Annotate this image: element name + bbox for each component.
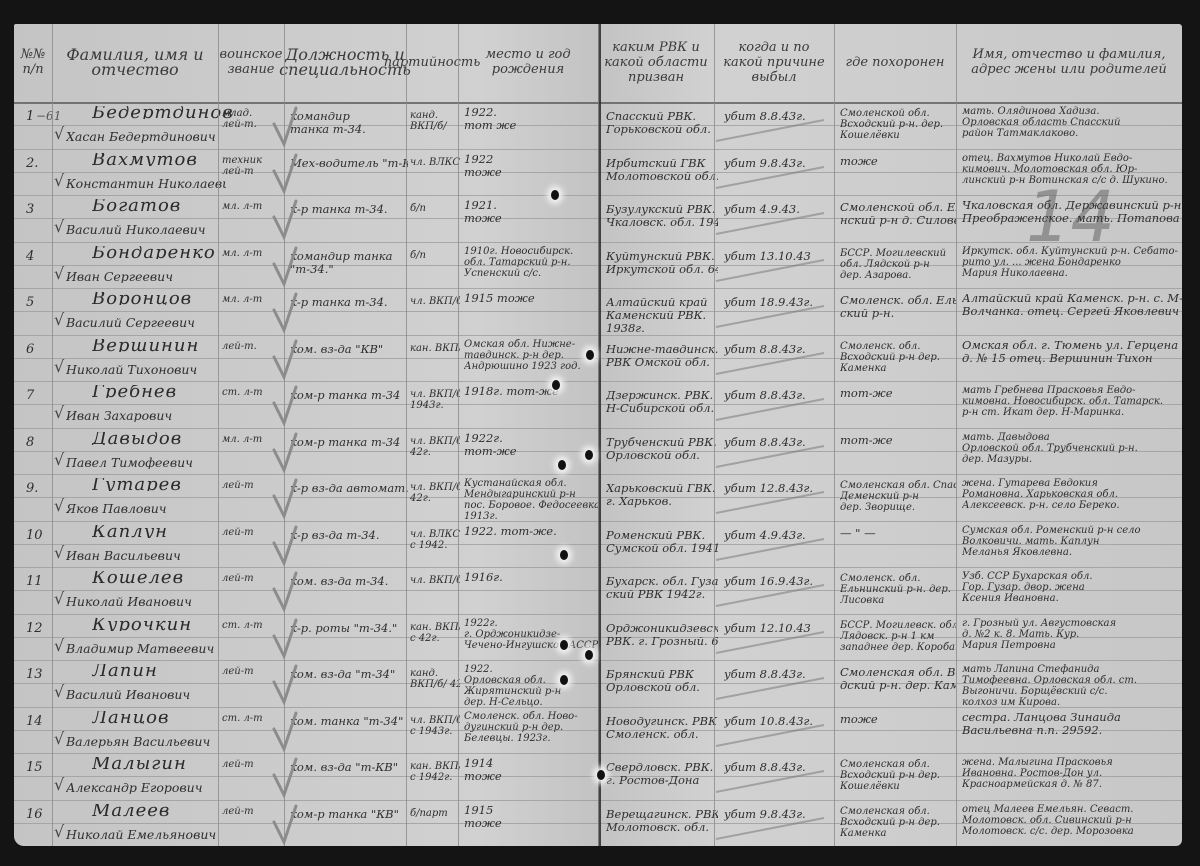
relatives-address-line: Васильевна п.п. 29592. bbox=[962, 724, 1182, 737]
birthplace-year: Кустанайская обл.Мендыгаринский р-нпос. … bbox=[464, 478, 598, 522]
relatives-address-line: Тимофеевна. Орловская обл. ст. bbox=[962, 675, 1182, 686]
relatives-address-line: мать Гребнева Прасковья Евдо- bbox=[962, 385, 1182, 396]
given-names: Николай Тихонович bbox=[66, 363, 226, 376]
column-rule bbox=[714, 24, 715, 846]
relatives-address-line: Молотовск. с/с. дер. Морозовка bbox=[962, 826, 1182, 837]
relatives-address-line: Сумская обл. Роменский р-н село bbox=[962, 525, 1182, 536]
draft-office: Новодугинск. РВКСмоленск. обл. bbox=[606, 715, 718, 741]
relatives-address: мать Лапина СтефанидаТимофеевна. Орловск… bbox=[962, 664, 1182, 708]
row-number: 12 bbox=[26, 622, 50, 635]
birthplace-year-line: Кустанайская обл. bbox=[464, 478, 598, 489]
burial-place-line: Всходский р-н дер. bbox=[840, 352, 956, 363]
draft-office-line: ский РВК 1942г. bbox=[606, 588, 718, 601]
verified-check-icon bbox=[272, 618, 298, 660]
position: командир танка"т-34." bbox=[290, 250, 408, 276]
row-number: 4 bbox=[26, 250, 50, 263]
draft-office-line: Молотовск. обл. bbox=[606, 821, 718, 834]
position: к-р танка т-34. bbox=[290, 203, 408, 216]
position: ком. вз-да "т-34" bbox=[290, 668, 408, 681]
party-membership-line: чл. ВЛКСМ bbox=[410, 157, 460, 168]
column-rule bbox=[834, 24, 835, 846]
position-line: к-р. роты "т-34." bbox=[290, 622, 408, 635]
burial-place: тоже bbox=[840, 155, 956, 168]
relatives-address: г. Грозный ул. Августовскаяд. №2 к. 8. М… bbox=[962, 618, 1182, 651]
draft-office: Алтайский крайКаменский РВК.1938г. bbox=[606, 296, 718, 335]
relatives-address: мать Гребнева Прасковья Евдо-кимовна. Но… bbox=[962, 385, 1182, 418]
burial-place: тот-же bbox=[840, 387, 956, 400]
relatives-address-line: р-н ст. Икат дер. Н-Маринка. bbox=[962, 407, 1182, 418]
check-mark-icon: √ bbox=[54, 636, 64, 655]
position-line: танка т-34. bbox=[290, 123, 408, 136]
relatives-address: мать. ДавыдоваОрловской обл. Трубченский… bbox=[962, 432, 1182, 465]
burial-place: — " — bbox=[840, 527, 956, 540]
birthplace-year: Смоленск. обл. Ново-дугинский р-н дер.Бе… bbox=[464, 711, 598, 744]
birthplace-year: 1916г. bbox=[464, 571, 598, 584]
burial-place-line: обл. Лядской р-н bbox=[840, 259, 956, 270]
party-membership-line: б/п bbox=[410, 250, 460, 261]
burial-place-line: Каменка bbox=[840, 363, 956, 374]
row-number: 16 bbox=[26, 808, 50, 821]
burial-place-line: тоже bbox=[840, 155, 956, 168]
burial-place: Смоленская обл.Всходский р-н дер.Каменка bbox=[840, 806, 956, 839]
birthplace-year-line: обл. Татарский р-н. bbox=[464, 257, 598, 268]
party-membership: чл. ВЛКСМ bbox=[410, 157, 460, 168]
burial-place-line: западнее дер. Коробаны bbox=[840, 642, 956, 653]
burial-place-line: Смоленская обл. bbox=[840, 806, 956, 817]
draft-office-line: Орджоникидзевск. bbox=[606, 622, 718, 635]
punch-hole bbox=[560, 550, 568, 560]
burial-place-line: — " — bbox=[840, 527, 956, 540]
row-number: 3 bbox=[26, 203, 50, 216]
draft-office-line: г. Харьков. bbox=[606, 495, 718, 508]
check-mark-icon: √ bbox=[54, 403, 64, 422]
birthplace-year-line: 1915 тоже bbox=[464, 292, 598, 305]
check-mark-icon: √ bbox=[54, 450, 64, 469]
birthplace-year: 1914тоже bbox=[464, 757, 598, 783]
draft-office: Бузулукский РВК.Чкаловск. обл. 1941г. bbox=[606, 203, 718, 229]
burial-place-line: ский р-н. bbox=[840, 307, 956, 320]
relatives-address: Чкаловская обл. Державинский р-нПреображ… bbox=[962, 199, 1182, 225]
column-header: каким РВК и какой области призван bbox=[598, 24, 714, 100]
party-membership: чл. ВКП/б/с 1943г. bbox=[410, 715, 460, 737]
burial-place: Смоленская обл. Спас-Деменский р-ндер. З… bbox=[840, 480, 956, 513]
relatives-address-line: Молотовск. обл. Сивинский р-н bbox=[962, 815, 1182, 826]
relatives-address-line: сестра. Ланцова Зинаида bbox=[962, 711, 1182, 724]
party-membership-line: ВКП/б/ bbox=[410, 121, 460, 132]
draft-office: Харьковский ГВК.г. Харьков. bbox=[606, 482, 718, 508]
given-names: Василий Сергеевич bbox=[66, 316, 226, 329]
punch-hole bbox=[551, 190, 559, 200]
row-number: 1 bbox=[26, 110, 50, 123]
position-line: ком. вз-да т-34. bbox=[290, 575, 408, 588]
verified-check-icon bbox=[272, 432, 298, 474]
burial-place-line: Деменский р-н bbox=[840, 491, 956, 502]
relatives-address: Сумская обл. Роменский р-н селоВолковичи… bbox=[962, 525, 1182, 558]
burial-place-line: тот-же bbox=[840, 387, 956, 400]
birthplace-year-line: тоже bbox=[464, 166, 598, 179]
relatives-address-line: мать Лапина Стефанида bbox=[962, 664, 1182, 675]
party-membership-line: канд. bbox=[410, 110, 460, 121]
position-line: ком. вз-да "т-КВ" bbox=[290, 761, 408, 774]
punch-hole bbox=[585, 450, 593, 460]
draft-office-line: Молотовской обл. bbox=[606, 170, 718, 183]
birthplace-year: 1918г. тот-же bbox=[464, 385, 598, 398]
birthplace-year-line: дугинский р-н дер. bbox=[464, 722, 598, 733]
burial-place: Смоленск. обл.Ельнинский р-н. дер.Лисовк… bbox=[840, 573, 956, 606]
draft-office-line: Иркутской обл. 64г. bbox=[606, 263, 718, 276]
given-names: Владимир Матвеевич bbox=[66, 642, 226, 655]
position-line: ком. вз-да "КВ" bbox=[290, 343, 408, 356]
row-number: 10 bbox=[26, 529, 50, 542]
relatives-address-line: Ксения Ивановна. bbox=[962, 593, 1182, 604]
birthplace-year-line: 1922 bbox=[464, 153, 598, 166]
position-line: к-р танка т-34. bbox=[290, 203, 408, 216]
birthplace-year-line: 1913г. bbox=[464, 511, 598, 522]
draft-office: Роменский РВК.Сумской обл. 1941г. bbox=[606, 529, 718, 555]
relatives-address-line: Волчанка. отец. Сергей Яковлевич bbox=[962, 305, 1182, 318]
birthplace-year-line: Чечено-Ингушской АССР bbox=[464, 640, 598, 651]
birthplace-year: 1915 тоже bbox=[464, 292, 598, 305]
burial-place-line: Всходский р-н. дер. bbox=[840, 119, 956, 130]
draft-office-line: Смоленск. обл. bbox=[606, 728, 718, 741]
burial-place-line: Смоленская обл. Спас- bbox=[840, 480, 956, 491]
burial-place: Смоленск. обл.Всходский р-н дер.Каменка bbox=[840, 341, 956, 374]
burial-place: БССР. Могилевскийобл. Лядской р-ндер. Аз… bbox=[840, 248, 956, 281]
punch-hole bbox=[552, 380, 560, 390]
party-membership: кан. ВКП/б/с 1942г. bbox=[410, 761, 460, 783]
birthplace-year: 1922тоже bbox=[464, 153, 598, 179]
party-membership: б/п bbox=[410, 203, 460, 214]
check-mark-icon: √ bbox=[54, 357, 64, 376]
burial-place-line: нский р-н д. Силовеньки bbox=[840, 214, 956, 227]
burial-place-line: тоже bbox=[840, 713, 956, 726]
relatives-address: сестра. Ланцова ЗинаидаВасильевна п.п. 2… bbox=[962, 711, 1182, 737]
draft-office: Ирбитский ГВКМолотовской обл. bbox=[606, 157, 718, 183]
burial-place-line: БССР. Могилевск. обл. bbox=[840, 620, 956, 631]
column-rule bbox=[406, 24, 407, 846]
position: к-р. роты "т-34." bbox=[290, 622, 408, 635]
party-membership: чл. ВКП/б/ bbox=[410, 296, 460, 307]
party-membership: б/парт bbox=[410, 808, 460, 819]
given-names: Иван Васильевич bbox=[66, 549, 226, 562]
relatives-address-line: Преображенское. мать. Потапова bbox=[962, 212, 1182, 225]
relatives-address-line: кимовна. Новосибирск. обл. Татарск. bbox=[962, 396, 1182, 407]
burial-place-line: дер. Азарова. bbox=[840, 270, 956, 281]
punch-hole bbox=[585, 650, 593, 660]
verified-check-icon bbox=[272, 571, 298, 613]
birthplace-year-line: 1922г. bbox=[464, 432, 598, 445]
draft-office: Нижне-тавдинск.РВК Омской обл. bbox=[606, 343, 718, 369]
draft-office-line: Орловской обл. bbox=[606, 681, 718, 694]
verified-check-icon bbox=[272, 385, 298, 427]
burial-place-line: Кошелёвки bbox=[840, 781, 956, 792]
check-mark-icon: √ bbox=[54, 310, 64, 329]
column-header: Фамилия, имя и отчество bbox=[52, 24, 218, 100]
party-membership-line: чл. ВЛКСМ. bbox=[410, 529, 460, 540]
relatives-address: отец Малеев Емельян. Севаст.Молотовск. о… bbox=[962, 804, 1182, 837]
verified-check-icon bbox=[272, 292, 298, 334]
birthplace-year-line: Орловская обл. bbox=[464, 675, 598, 686]
given-names: Александр Егорович bbox=[66, 781, 226, 794]
relatives-address: Узб. ССР Бухарская обл.Гор. Гузар. двор.… bbox=[962, 571, 1182, 604]
birthplace-year: 1922г.тот-же bbox=[464, 432, 598, 458]
verified-check-icon bbox=[272, 199, 298, 241]
given-names: Николай Иванович bbox=[66, 595, 226, 608]
birthplace-year: 1922.Орловская обл.Жирятинский р-ндер. Н… bbox=[464, 664, 598, 708]
party-membership: канд.ВКП/б/ 42г. bbox=[410, 668, 460, 690]
birthplace-year-line: 1922. bbox=[464, 664, 598, 675]
draft-office-line: Горьковской обл. bbox=[606, 123, 718, 136]
birthplace-year-line: 1918г. тот-же bbox=[464, 385, 598, 398]
birthplace-year-line: 1922. тот-же. bbox=[464, 525, 598, 538]
draft-office-line: Трубченский РВК. bbox=[606, 436, 718, 449]
birthplace-year-line: тавдинск. р-н дер. bbox=[464, 350, 598, 361]
party-membership-line: с 42г. bbox=[410, 633, 460, 644]
birthplace-year-line: тоже bbox=[464, 817, 598, 830]
row-number: 13 bbox=[26, 668, 50, 681]
relatives-address-line: рито ул. ... жена Бондаренко bbox=[962, 257, 1182, 268]
burial-place-line: Кошелёвки bbox=[840, 130, 956, 141]
position-line: к-р танка т-34. bbox=[290, 296, 408, 309]
column-rule bbox=[458, 24, 459, 846]
position: ком. танка "т-34" bbox=[290, 715, 408, 728]
party-membership-line: с 1942г. bbox=[410, 772, 460, 783]
party-membership-line: 1943г. bbox=[410, 400, 460, 411]
position-line: Мех-водитель "т-КВ" bbox=[290, 157, 408, 170]
draft-office: Куйтунский РВК.Иркутской обл. 64г. bbox=[606, 250, 718, 276]
draft-office-line: 1938г. bbox=[606, 322, 718, 335]
burial-place-line: Смоленск. обл. bbox=[840, 573, 956, 584]
relatives-address-line: жена. Малыгина Прасковья bbox=[962, 757, 1182, 768]
punch-hole bbox=[597, 770, 605, 780]
birthplace-year: 1922.тот же bbox=[464, 106, 598, 132]
relatives-address: Иркутск. обл. Куйтунский р-н. Себато-рит… bbox=[962, 246, 1182, 279]
check-mark-icon: √ bbox=[54, 822, 64, 841]
birthplace-year-line: г. Орджоникидзе- bbox=[464, 629, 598, 640]
row-number: 11 bbox=[26, 575, 50, 588]
birthplace-year-line: 1922г. bbox=[464, 618, 598, 629]
position-line: "т-34." bbox=[290, 263, 408, 276]
party-membership-line: с 1942. bbox=[410, 540, 460, 551]
relatives-address-line: колхоз им Кирова. bbox=[962, 697, 1182, 708]
draft-office-line: Сумской обл. 1941г. bbox=[606, 542, 718, 555]
verified-check-icon bbox=[272, 339, 298, 381]
draft-office: Брянский РВКОрловской обл. bbox=[606, 668, 718, 694]
burial-place: БССР. Могилевск. обл.Лядовск. р-н 1 кмза… bbox=[840, 620, 956, 653]
position: ком-р танка т-34 bbox=[290, 389, 408, 402]
party-membership: чл. ВКП/б/ bbox=[410, 575, 460, 586]
relatives-address-line: Орловской обл. Трубченский р-н. bbox=[962, 443, 1182, 454]
burial-place: Смоленской обл. Ельн-нский р-н д. Силове… bbox=[840, 201, 956, 227]
draft-office-line: Н-Сибирской обл. bbox=[606, 402, 718, 415]
draft-office: Трубченский РВК.Орловской обл. bbox=[606, 436, 718, 462]
birthplace-year: 1922г.г. Орджоникидзе-Чечено-Ингушской А… bbox=[464, 618, 598, 651]
punch-hole bbox=[560, 640, 568, 650]
party-membership-line: чл. ВКП/б/ bbox=[410, 482, 460, 493]
check-mark-icon: √ bbox=[54, 496, 64, 515]
relatives-address-line: район Татмаклаково. bbox=[962, 128, 1182, 139]
verified-check-icon bbox=[272, 757, 298, 799]
column-rule bbox=[218, 24, 219, 846]
birthplace-year-line: Омская обл. Нижне- bbox=[464, 339, 598, 350]
party-membership-line: ВКП/б/ 42г. bbox=[410, 679, 460, 690]
draft-office-line: Чкаловск. обл. 1941г. bbox=[606, 216, 718, 229]
given-names: Валерьян Васильевич bbox=[66, 735, 226, 748]
row-number: 14 bbox=[26, 715, 50, 728]
draft-office-line: Роменский РВК. bbox=[606, 529, 718, 542]
verified-check-icon bbox=[272, 106, 298, 148]
birthplace-year-line: тоже bbox=[464, 212, 598, 225]
relatives-address-line: Узб. ССР Бухарская обл. bbox=[962, 571, 1182, 582]
draft-office: Дзержинск. РВК.Н-Сибирской обл. bbox=[606, 389, 718, 415]
birthplace-year-line: Белевцы. 1923г. bbox=[464, 733, 598, 744]
check-mark-icon: √ bbox=[54, 775, 64, 794]
relatives-address: Омская обл. г. Тюмень ул. Герценад. № 15… bbox=[962, 339, 1182, 365]
relatives-address-line: Гор. Гузар. двор. жена bbox=[962, 582, 1182, 593]
position: Мех-водитель "т-КВ" bbox=[290, 157, 408, 170]
verified-check-icon bbox=[272, 664, 298, 706]
relatives-address-line: Красноармейская д. № 87. bbox=[962, 779, 1182, 790]
draft-office-line: РВК Омской обл. bbox=[606, 356, 718, 369]
birthplace-year-line: дер. Н-Сельцо. bbox=[464, 697, 598, 708]
draft-office: Орджоникидзевск.РВК. г. Грозный. 64г. bbox=[606, 622, 718, 648]
column-header: партийность bbox=[406, 24, 458, 100]
draft-office-line: Ирбитский ГВК bbox=[606, 157, 718, 170]
burial-place-line: Ельнинский р-н. дер. bbox=[840, 584, 956, 595]
verified-check-icon bbox=[272, 153, 298, 195]
given-names: Константин Николаевич bbox=[66, 177, 226, 190]
relatives-address-line: кимович. Молотовская обл. Юр- bbox=[962, 164, 1182, 175]
given-names: Яков Павлович bbox=[66, 502, 226, 515]
relatives-address-line: Волковичи. мать. Каплун bbox=[962, 536, 1182, 547]
birthplace-year: 1922. тот-же. bbox=[464, 525, 598, 538]
punch-hole bbox=[560, 675, 568, 685]
relatives-address-line: д. № 15 отец. Вершинин Тихон bbox=[962, 352, 1182, 365]
check-mark-icon: √ bbox=[54, 264, 64, 283]
burial-place-line: дер. Зворище. bbox=[840, 502, 956, 513]
position-line: к-р вз-да т-34. bbox=[290, 529, 408, 542]
birthplace-year-line: тоже bbox=[464, 770, 598, 783]
column-header: место и год рождения bbox=[458, 24, 598, 100]
position: ком-р танка т-34 bbox=[290, 436, 408, 449]
birthplace-year-line: Успенский с/с. bbox=[464, 268, 598, 279]
row-number: 9. bbox=[26, 482, 50, 495]
burial-place-line: Смоленская обл. bbox=[840, 759, 956, 770]
relatives-address-line: отец. Вахмутов Николай Евдо- bbox=[962, 153, 1182, 164]
punch-hole bbox=[558, 460, 566, 470]
party-membership-line: б/парт bbox=[410, 808, 460, 819]
burial-place: Смоленская обл.Всходский р-н дер.Кошелёв… bbox=[840, 759, 956, 792]
party-membership-line: чл. ВКП/б/ bbox=[410, 575, 460, 586]
party-membership-line: чл. ВКП/б/ bbox=[410, 389, 460, 400]
party-membership: чл. ВКП/б/42г. bbox=[410, 436, 460, 458]
burial-place-line: Лисовка bbox=[840, 595, 956, 606]
given-names: Павел Тимофеевич bbox=[66, 456, 226, 469]
party-membership-line: 42г. bbox=[410, 493, 460, 504]
relatives-address-line: г. Грозный ул. Августовская bbox=[962, 618, 1182, 629]
party-membership-line: канд. bbox=[410, 668, 460, 679]
row-number: 5 bbox=[26, 296, 50, 309]
relatives-address-line: Романовна. Харьковская обл. bbox=[962, 489, 1182, 500]
party-membership: б/п bbox=[410, 250, 460, 261]
position-line: ком-р танка т-34 bbox=[290, 436, 408, 449]
party-membership-line: чл. ВКП/б/ bbox=[410, 436, 460, 447]
burial-place: Смоленской обл.Всходский р-н. дер.Кошелё… bbox=[840, 108, 956, 141]
check-mark-icon: √ bbox=[54, 217, 64, 236]
party-membership-line: чл. ВКП/б/ bbox=[410, 715, 460, 726]
burial-place-line: Всходский р-н дер. bbox=[840, 770, 956, 781]
row-number: 7 bbox=[26, 389, 50, 402]
position-line: ком. вз-да "т-34" bbox=[290, 668, 408, 681]
birthplace-year-line: Мендыгаринский р-н bbox=[464, 489, 598, 500]
party-membership-line: б/п bbox=[410, 203, 460, 214]
birthplace-year: Омская обл. Нижне-тавдинск. р-н дер.Андр… bbox=[464, 339, 598, 372]
position: к-р вз-да автомат. bbox=[290, 482, 408, 495]
position: к-р вз-да т-34. bbox=[290, 529, 408, 542]
column-header: Имя, отчество и фамилия, адрес жены или … bbox=[956, 24, 1182, 100]
position: ком-р танка "КВ" bbox=[290, 808, 408, 821]
birthplace-year-line: пос. Боровое. Федосеевка bbox=[464, 500, 598, 511]
relatives-address: жена. Гутарева ЕвдокияРомановна. Харьков… bbox=[962, 478, 1182, 511]
birthplace-year-line: 1916г. bbox=[464, 571, 598, 584]
relatives-address-line: мать. Олядинова Хадиза. bbox=[962, 106, 1182, 117]
draft-office-line: РВК. г. Грозный. 64г. bbox=[606, 635, 718, 648]
relatives-address-line: мать. Давыдова bbox=[962, 432, 1182, 443]
punch-hole bbox=[586, 350, 594, 360]
birthplace-year: 1915тоже bbox=[464, 804, 598, 830]
position-line: ком-р танка "КВ" bbox=[290, 808, 408, 821]
birthplace-year-line: 1915 bbox=[464, 804, 598, 817]
party-membership-line: чл. ВКП/б/ bbox=[410, 296, 460, 307]
party-membership: чл. ВЛКСМ.с 1942. bbox=[410, 529, 460, 551]
relatives-address-line: Иркутск. обл. Куйтунский р-н. Себато- bbox=[962, 246, 1182, 257]
draft-office-line: Нижне-тавдинск. bbox=[606, 343, 718, 356]
given-names: Иван Сергеевич bbox=[66, 270, 226, 283]
relatives-address-line: дер. Мазуры. bbox=[962, 454, 1182, 465]
birthplace-year: 1910г. Новосибирск.обл. Татарский р-н.Ус… bbox=[464, 246, 598, 279]
relatives-address: жена. Малыгина ПрасковьяИвановна. Ростов… bbox=[962, 757, 1182, 790]
draft-office: Свердловск. РВК.г. Ростов-Дона bbox=[606, 761, 718, 787]
check-mark-icon: √ bbox=[54, 543, 64, 562]
row-number: 2. bbox=[26, 157, 50, 170]
given-names: Хасан Бедертдинович bbox=[66, 130, 226, 143]
check-mark-icon: √ bbox=[54, 171, 64, 190]
relatives-address: отец. Вахмутов Николай Евдо-кимович. Мол… bbox=[962, 153, 1182, 186]
position: ком. вз-да "КВ" bbox=[290, 343, 408, 356]
burial-place-line: Всходский р-н дер. bbox=[840, 817, 956, 828]
party-membership-line: кан. ВКП/б/ bbox=[410, 761, 460, 772]
check-mark-icon: √ bbox=[54, 729, 64, 748]
position-line: командир танка bbox=[290, 250, 408, 263]
birthplace-year: 1921.тоже bbox=[464, 199, 598, 225]
check-mark-icon: √ bbox=[54, 589, 64, 608]
check-mark-icon: √ bbox=[54, 124, 64, 143]
burial-place-line: БССР. Могилевский bbox=[840, 248, 956, 259]
draft-office-line: Новодугинск. РВК bbox=[606, 715, 718, 728]
column-header: №№ п/п bbox=[14, 24, 52, 100]
position-line: ком. танка "т-34" bbox=[290, 715, 408, 728]
relatives-address-line: Меланья Яковлевна. bbox=[962, 547, 1182, 558]
relatives-address-line: линский р-н Вотинская с/с д. Шукино. bbox=[962, 175, 1182, 186]
draft-office: Бухарск. обл. Гузар-ский РВК 1942г. bbox=[606, 575, 718, 601]
row-number: 15 bbox=[26, 761, 50, 774]
burial-place-line: дский р-н. дер. Каменка. bbox=[840, 679, 956, 692]
birthplace-year-line: Жирятинский р-н bbox=[464, 686, 598, 697]
verified-check-icon bbox=[272, 711, 298, 753]
column-rule bbox=[284, 24, 285, 846]
burial-place-line: Смоленской обл. bbox=[840, 108, 956, 119]
draft-office-line: Куйтунский РВК. bbox=[606, 250, 718, 263]
